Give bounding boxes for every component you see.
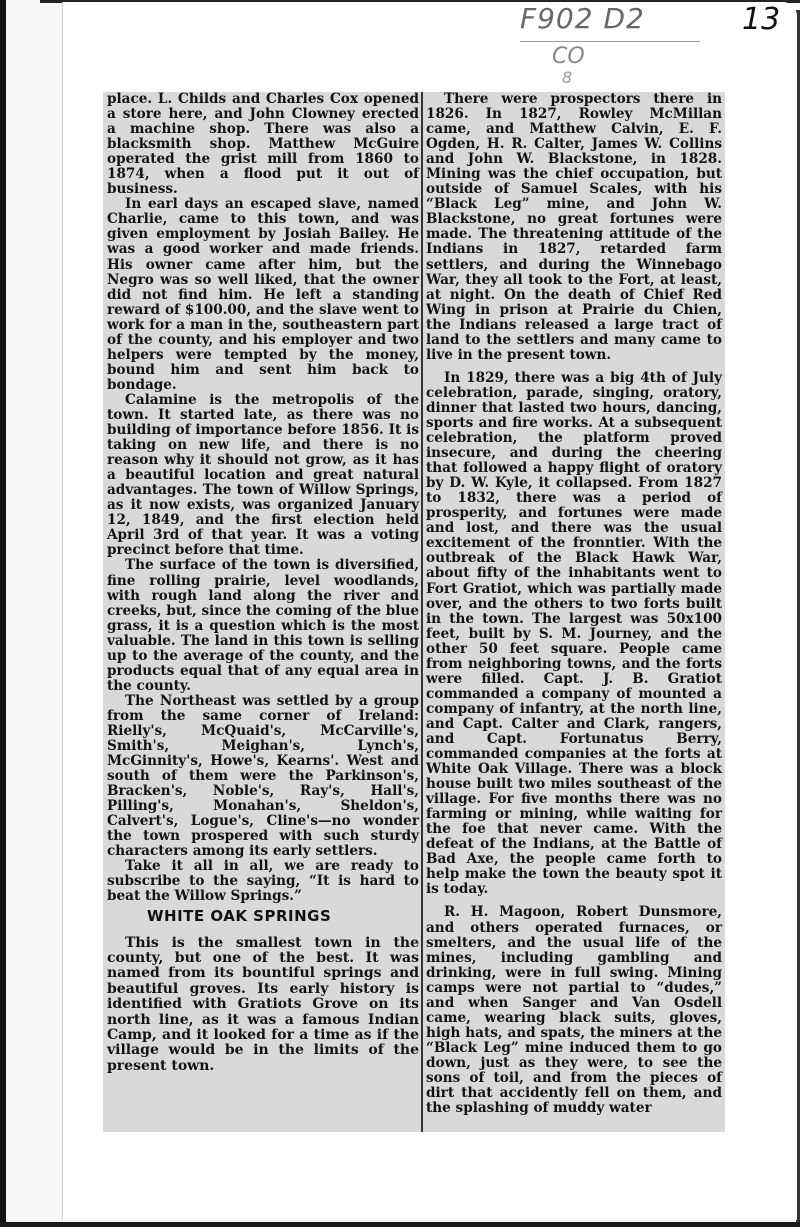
paragraph: R. H. Magoon, Robert Dunsmore, and other…: [426, 905, 722, 1116]
paragraph: Take it all in all, we are ready to subs…: [107, 859, 419, 904]
column-divider: [421, 92, 423, 1132]
handwritten-call-number: F902 D2: [520, 2, 645, 35]
paragraph: place. L. Childs and Charles Cox opened …: [107, 92, 419, 197]
paragraph: In earl days an escaped slave, named Cha…: [107, 197, 419, 393]
scan-edge-left: [0, 0, 6, 1227]
paragraph: In 1829, there was a big 4th of July cel…: [426, 371, 722, 898]
article-right-column: There were prospectors there in 1826. In…: [426, 92, 722, 1116]
handwritten-underline: [520, 41, 700, 42]
paragraph: This is the smallest town in the county,…: [107, 936, 419, 1075]
paragraph: Calamine is the metropolis of the town. …: [107, 393, 419, 559]
handwritten-sub-mark: 8: [562, 68, 572, 87]
section-heading: WHITE OAK SPRINGS: [107, 909, 419, 924]
paragraph: There were prospectors there in 1826. In…: [426, 92, 722, 363]
newspaper-clipping: place. L. Childs and Charles Cox opened …: [103, 92, 725, 1132]
article-left-column: place. L. Childs and Charles Cox opened …: [107, 92, 419, 1074]
handwritten-sub-code: CO: [552, 44, 585, 69]
paragraph: The Northeast was settled by a group fro…: [107, 694, 419, 860]
paragraph: The surface of the town is diversified, …: [107, 558, 419, 693]
scan-edge-bottom: [0, 1222, 800, 1227]
handwritten-page-number: 13: [742, 2, 780, 37]
